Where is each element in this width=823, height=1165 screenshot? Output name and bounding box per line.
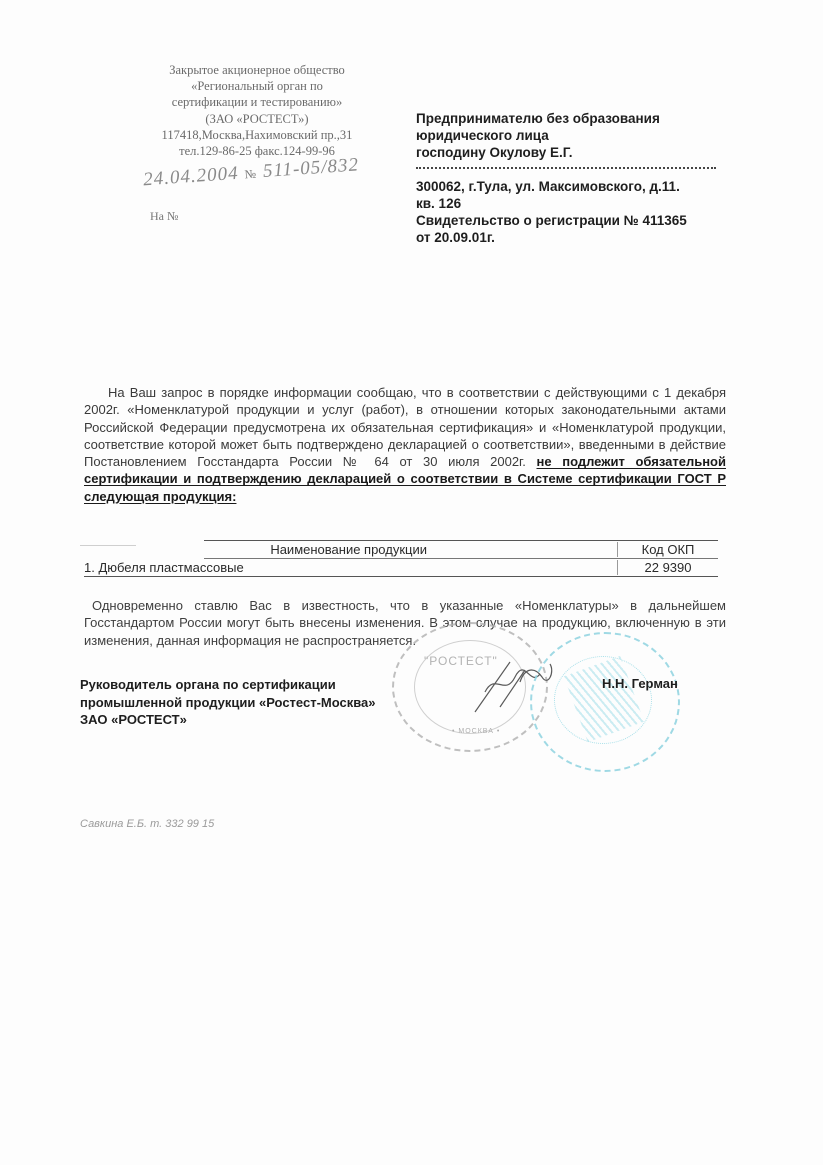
recipient-address: кв. 126 [416, 195, 726, 212]
registration-date: от 20.09.01г. [416, 229, 726, 246]
letter-page: Закрытое акционерное общество «Региональ… [0, 0, 823, 1165]
sender-line: (ЗАО «РОСТЕСТ») [112, 111, 402, 127]
signer-title: Руководитель органа по сертификации [80, 676, 420, 694]
signer-organization: ЗАО «РОСТЕСТ» [80, 711, 420, 729]
recipient-address: 300062, г.Тула, ул. Максимовского, д.11. [416, 178, 726, 195]
sender-letterhead: Закрытое акционерное общество «Региональ… [112, 62, 402, 159]
signer-title: промышленной продукции «Ростест-Москва» [80, 694, 420, 712]
table-rule [84, 576, 718, 577]
stamp-city: • МОСКВА • [452, 728, 500, 735]
recipient-line: господину Окулову Е.Г. [416, 144, 726, 161]
blue-seal-stamp [530, 632, 680, 772]
handwritten-date: 24.04.2004 [143, 163, 240, 191]
product-table: Наименование продукции Код ОКП 1. Дюбеля… [84, 540, 718, 577]
sender-line: «Региональный орган по [112, 78, 402, 94]
sender-address: 117418,Москва,Нахимовский пр.,31 [112, 127, 402, 143]
header-product-name: Наименование продукции [84, 542, 617, 557]
executor-contact: Савкина Е.Б. т. 332 99 15 [80, 818, 214, 830]
dotted-divider [416, 167, 716, 169]
signer-name: Н.Н. Герман [602, 676, 678, 691]
signer-block: Руководитель органа по сертификации пром… [80, 676, 420, 729]
table-header-row: Наименование продукции Код ОКП [84, 541, 718, 558]
header-okp-code: Код ОКП [617, 542, 718, 557]
recipient-line: юридического лица [416, 127, 726, 144]
recipient-line: Предпринимателю без образования [416, 110, 726, 127]
sender-line: сертификации и тестированию» [112, 94, 402, 110]
recipient-block: Предпринимателю без образования юридичес… [416, 110, 726, 246]
body-paragraph: На Ваш запрос в порядке информации сообщ… [84, 384, 726, 505]
reference-label: На № [150, 209, 178, 224]
number-sign: № [244, 166, 257, 181]
sender-line: Закрытое акционерное общество [112, 62, 402, 78]
table-row: 1. Дюбеля пластмассовые 22 9390 [84, 559, 718, 576]
registration-certificate: Свидетельство о регистрации № 411365 [416, 212, 726, 229]
okp-code-cell: 22 9390 [617, 560, 718, 575]
product-name-cell: 1. Дюбеля пластмассовые [84, 560, 617, 575]
